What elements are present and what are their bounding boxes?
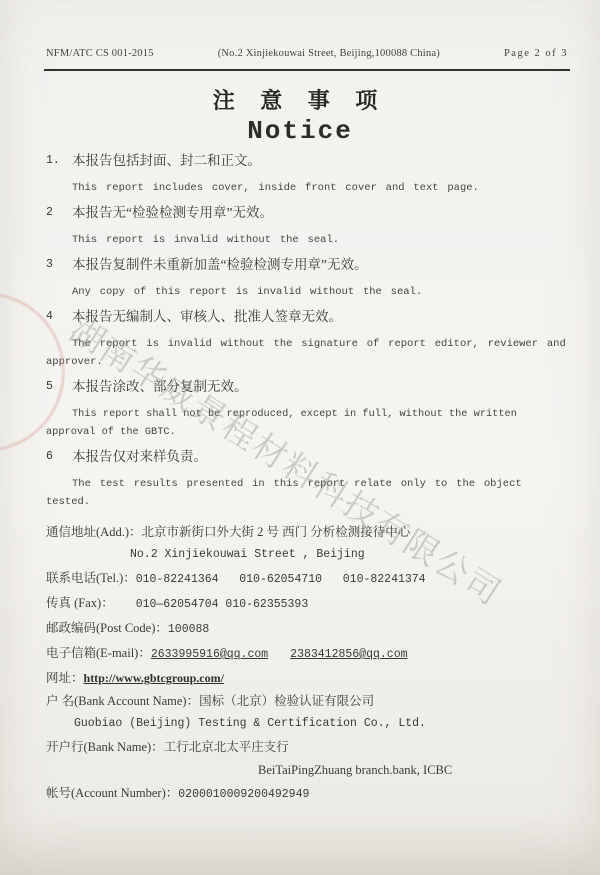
email-address-1: 2633995916@qq.com bbox=[151, 648, 268, 661]
address-value: 北京市新街口外大街 2 号 西门 分析检测接待中心 bbox=[141, 525, 410, 539]
notice-item: 5 本报告涂改、部分复制无效。 This report shall not be… bbox=[46, 379, 570, 441]
notice-number: 1. bbox=[46, 153, 72, 168]
address-english: No.2 Xinjiekouwai Street , Beijing bbox=[130, 547, 574, 563]
email-row: 电子信箱(E-mail)：2633995916@qq.com2383412856… bbox=[46, 645, 574, 663]
header-address: (No.2 Xinjiekouwai Street, Beijing,10008… bbox=[154, 48, 504, 59]
bank-name-english: BeiTaiPingZhuang branch.bank, ICBC bbox=[258, 762, 574, 778]
notice-text-en: The report is invalid without the signat… bbox=[46, 335, 570, 371]
bank-account-name-english: Guobiao (Beijing) Testing & Certificatio… bbox=[74, 716, 574, 732]
contact-section: 通信地址(Add.)：北京市新街口外大街 2 号 西门 分析检测接待中心 No.… bbox=[46, 524, 574, 810]
telephone-label: 联系电话(Tel.)： bbox=[46, 571, 136, 585]
notice-item: 6 本报告仅对来样负责。 The test results presented … bbox=[46, 449, 570, 511]
bank-name-label: 开户行(Bank Name)： bbox=[46, 740, 164, 754]
notice-text-zh: 本报告无编制人、审核人、批准人签章无效。 bbox=[72, 309, 342, 324]
header-divider bbox=[44, 69, 570, 71]
account-number-value: 0200010009200492949 bbox=[178, 788, 309, 801]
fax-numbers: 010—62054704 010-62355393 bbox=[136, 598, 309, 611]
notice-item: 3 本报告复制件未重新加盖“检验检测专用章”无效。 Any copy of th… bbox=[46, 257, 570, 301]
postcode-value: 100088 bbox=[168, 623, 209, 636]
website-url: http://www.gbtcgroup.com/ bbox=[84, 671, 224, 685]
notice-text-zh: 本报告涂改、部分复制无效。 bbox=[72, 379, 248, 394]
notice-text-en: This report includes cover, inside front… bbox=[46, 179, 570, 197]
bank-account-name-value: 国标（北京）检验认证有限公司 bbox=[199, 694, 374, 708]
document-code: NFM/ATC CS 001-2015 bbox=[46, 48, 154, 59]
notice-text-zh: 本报告包括封面、封二和正文。 bbox=[72, 153, 261, 168]
postcode-row: 邮政编码(Post Code)：100088 bbox=[46, 620, 574, 638]
notice-item: 4 本报告无编制人、审核人、批准人签章无效。 The report is inv… bbox=[46, 309, 570, 371]
bank-account-name-label: 户 名(Bank Account Name)： bbox=[46, 694, 199, 708]
notice-number: 4 bbox=[46, 309, 72, 324]
page-number: Page 2 of 3 bbox=[504, 48, 568, 59]
scanned-report-page: NFM/ATC CS 001-2015 (No.2 Xinjiekouwai S… bbox=[0, 0, 600, 875]
notice-text-en: This report shall not be reproduced, exc… bbox=[46, 405, 570, 441]
notice-number: 3 bbox=[46, 257, 72, 272]
notice-item: 1. 本报告包括封面、封二和正文。 This report includes c… bbox=[46, 153, 570, 197]
fax-row: 传真 (Fax)：010—62054704 010-62355393 bbox=[46, 595, 574, 613]
telephone-numbers: 010-82241364 010-62054710 010-82241374 bbox=[136, 573, 426, 586]
bank-account-name-row: 户 名(Bank Account Name)：国标（北京）检验认证有限公司 bbox=[46, 693, 574, 709]
page-title-chinese: 注 意 事 项 bbox=[0, 84, 600, 115]
account-number-row: 帐号(Account Number)：0200010009200492949 bbox=[46, 785, 574, 803]
telephone-row: 联系电话(Tel.)：010-82241364 010-62054710 010… bbox=[46, 570, 574, 588]
fax-label: 传真 (Fax)： bbox=[46, 596, 114, 610]
notice-text-en: This report is invalid without the seal. bbox=[46, 231, 570, 249]
email-label: 电子信箱(E-mail)： bbox=[46, 646, 151, 660]
notice-number: 6 bbox=[46, 449, 72, 464]
website-row: 网址：http://www.gbtcgroup.com/ bbox=[46, 670, 574, 686]
notice-text-en: Any copy of this report is invalid witho… bbox=[46, 283, 570, 301]
account-number-label: 帐号(Account Number)： bbox=[46, 786, 178, 800]
postcode-label: 邮政编码(Post Code)： bbox=[46, 621, 168, 635]
page-title-english: Notice bbox=[0, 116, 600, 146]
notice-text-zh: 本报告无“检验检测专用章”无效。 bbox=[72, 205, 273, 220]
page-header: NFM/ATC CS 001-2015 (No.2 Xinjiekouwai S… bbox=[46, 48, 568, 59]
notice-text-zh: 本报告复制件未重新加盖“检验检测专用章”无效。 bbox=[72, 257, 367, 272]
bank-name-row: 开户行(Bank Name)：工行北京北太平庄支行 bbox=[46, 739, 574, 755]
notice-item: 2 本报告无“检验检测专用章”无效。 This report is invali… bbox=[46, 205, 570, 249]
bank-name-value: 工行北京北太平庄支行 bbox=[164, 740, 289, 754]
address-row: 通信地址(Add.)：北京市新街口外大街 2 号 西门 分析检测接待中心 bbox=[46, 524, 574, 540]
notice-text-zh: 本报告仅对来样负责。 bbox=[72, 449, 207, 464]
notice-text-en: The test results presented in this repor… bbox=[46, 475, 570, 511]
email-address-2: 2383412856@qq.com bbox=[290, 648, 407, 661]
notice-number: 2 bbox=[46, 205, 72, 220]
notice-number: 5 bbox=[46, 379, 72, 394]
notice-list: 1. 本报告包括封面、封二和正文。 This report includes c… bbox=[46, 153, 570, 519]
address-label: 通信地址(Add.)： bbox=[46, 525, 141, 539]
website-label: 网址： bbox=[46, 671, 84, 685]
